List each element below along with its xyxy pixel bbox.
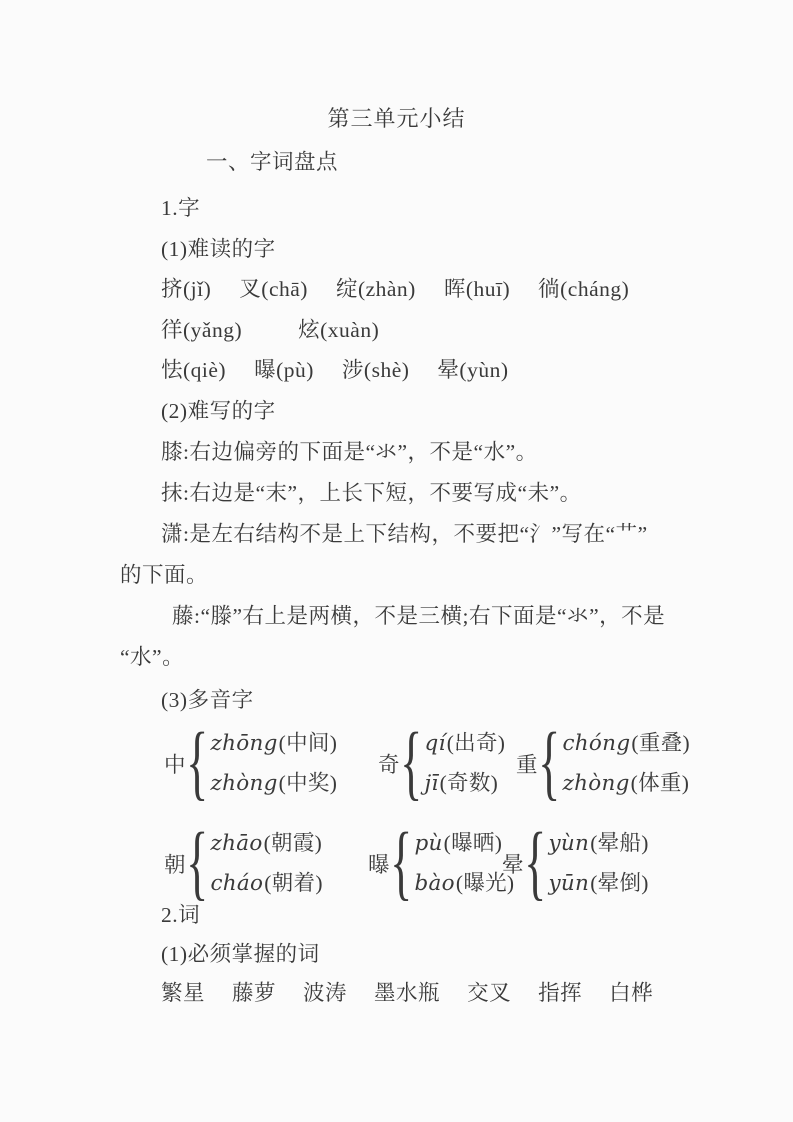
pinyin: yùn: [548, 831, 589, 856]
note-line-teng-cont: “水”。: [120, 644, 184, 671]
hard-read-row-1: 挤(jǐ) 叉(chā) 绽(zhàn) 晖(huī) 徜(cháng): [161, 276, 629, 303]
reading-line: bào(曝光): [414, 866, 514, 901]
reading-line: yūn(晕倒): [548, 866, 648, 901]
reading-line: yùn(晕船): [548, 826, 648, 861]
word-item: 繁星: [161, 980, 205, 1007]
pinyin: chóng: [562, 731, 630, 756]
example-word: (朝霞): [264, 831, 323, 855]
char-pinyin-entry: 怯(qiè): [161, 357, 226, 384]
left-brace: {: [186, 822, 208, 904]
pinyin: zhòng: [562, 771, 629, 796]
must-master-label: (1)必须掌握的词: [161, 941, 320, 968]
char-pinyin-entry: 挤(jǐ): [161, 276, 211, 303]
pinyin: cháo: [210, 871, 263, 896]
reading-line: chóng(重叠): [562, 726, 689, 761]
word-item: 交叉: [467, 980, 511, 1007]
reading-line: zhōng(中间): [210, 726, 337, 761]
word-item: 白桦: [609, 980, 653, 1007]
pinyin: jī: [424, 771, 438, 796]
reading-line: zhāo(朝霞): [210, 826, 322, 861]
char-pinyin-entry: 曝(pù): [254, 357, 314, 384]
char-pinyin-entry: 绽(zhàn): [336, 276, 416, 303]
left-brace: {: [524, 822, 546, 904]
hard-read-row-3: 怯(qiè) 曝(pù) 涉(shè) 晕(yùn): [161, 357, 508, 384]
polyphone-char: 重: [516, 748, 538, 779]
pinyin: pù: [414, 831, 442, 856]
reading-line: pù(曝晒): [414, 826, 514, 861]
example-word: (奇数): [440, 771, 499, 795]
pinyin: yūn: [548, 871, 589, 896]
left-brace: {: [400, 722, 422, 804]
pinyin: zhōng: [210, 731, 277, 756]
reading-line: cháo(朝着): [210, 866, 322, 901]
word-item: 藤萝: [232, 980, 276, 1007]
polyphone-char: 曝: [368, 848, 390, 879]
example-word: (中奖): [279, 771, 338, 795]
note-line-xi: 膝:右边偏旁的下面是“氺”，不是“水”。: [161, 439, 538, 466]
hard-read-row-2: 徉(yǎng) 炫(xuàn): [161, 317, 379, 344]
polyphone-group-pu: 曝 { pù(曝晒) bào(曝光): [368, 822, 514, 904]
note-line-xiao: 潇:是左右结构不是上下结构，不要把“氵”写在“艹”: [161, 521, 648, 548]
example-word: (曝晒): [444, 831, 503, 855]
reading-line: zhòng(中奖): [210, 766, 337, 801]
polyphone-group-qi: 奇 { qí(出奇) jī(奇数): [378, 722, 505, 804]
polyphone-group-yun: 晕 { yùn(晕船) yūn(晕倒): [502, 822, 649, 904]
char-pinyin-entry: 晕(yùn): [437, 357, 508, 384]
pinyin: zhòng: [210, 771, 277, 796]
subsection-words: 2.词: [161, 902, 200, 929]
word-item: 指挥: [538, 980, 582, 1007]
polyphone-group-chong: 重 { chóng(重叠) zhòng(体重): [516, 722, 690, 804]
polyphone-label: (3)多音字: [161, 687, 254, 714]
char-pinyin-entry: 炫(xuàn): [298, 317, 379, 344]
example-word: (中间): [279, 731, 338, 755]
pinyin: qí: [424, 731, 445, 756]
left-brace: {: [390, 822, 412, 904]
must-master-word-row: 繁星 藤萝 波涛 墨水瓶 交叉 指挥 白桦: [161, 980, 653, 1007]
note-line-xiao-cont: 的下面。: [120, 562, 208, 589]
pinyin: bào: [414, 871, 454, 896]
polyphone-char: 朝: [164, 848, 186, 879]
subsection-characters: 1.字: [161, 195, 200, 222]
pinyin: zhāo: [210, 831, 262, 856]
hard-to-write-label: (2)难写的字: [161, 398, 276, 425]
section-heading-word-inventory: 一、字词盘点: [206, 149, 338, 176]
document-page: { "colors": { "background": "#fbfbfb", "…: [0, 0, 793, 1122]
example-word: (体重): [631, 771, 690, 795]
example-word: (晕倒): [590, 871, 649, 895]
polyphone-char: 中: [164, 748, 186, 779]
reading-line: zhòng(体重): [562, 766, 689, 801]
polyphone-char: 晕: [502, 848, 524, 879]
polyphone-group-zhao: 朝 { zhāo(朝霞) cháo(朝着): [164, 822, 323, 904]
left-brace: {: [186, 722, 208, 804]
example-word: (晕船): [590, 831, 649, 855]
word-item: 墨水瓶: [374, 980, 440, 1007]
note-line-mo: 抹:右边是“末”，上长下短，不要写成“未”。: [161, 480, 582, 507]
reading-line: jī(奇数): [424, 766, 505, 801]
example-word: (出奇): [447, 731, 506, 755]
reading-line: qí(出奇): [424, 726, 505, 761]
char-pinyin-entry: 徉(yǎng): [161, 317, 242, 344]
note-line-teng: 藤:“滕”右上是两横，不是三横;右下面是“氺”，不是: [172, 603, 665, 630]
hard-to-read-label: (1)难读的字: [161, 236, 276, 263]
example-word: (朝着): [264, 871, 323, 895]
char-pinyin-entry: 徜(cháng): [538, 276, 629, 303]
word-item: 波涛: [303, 980, 347, 1007]
page-title: 第三单元小结: [0, 105, 793, 132]
char-pinyin-entry: 叉(chā): [239, 276, 308, 303]
polyphone-char: 奇: [378, 748, 400, 779]
left-brace: {: [538, 722, 560, 804]
example-word: (重叠): [631, 731, 690, 755]
char-pinyin-entry: 晖(huī): [444, 276, 510, 303]
char-pinyin-entry: 涉(shè): [342, 357, 409, 384]
polyphone-group-zhong: 中 { zhōng(中间) zhòng(中奖): [164, 722, 337, 804]
